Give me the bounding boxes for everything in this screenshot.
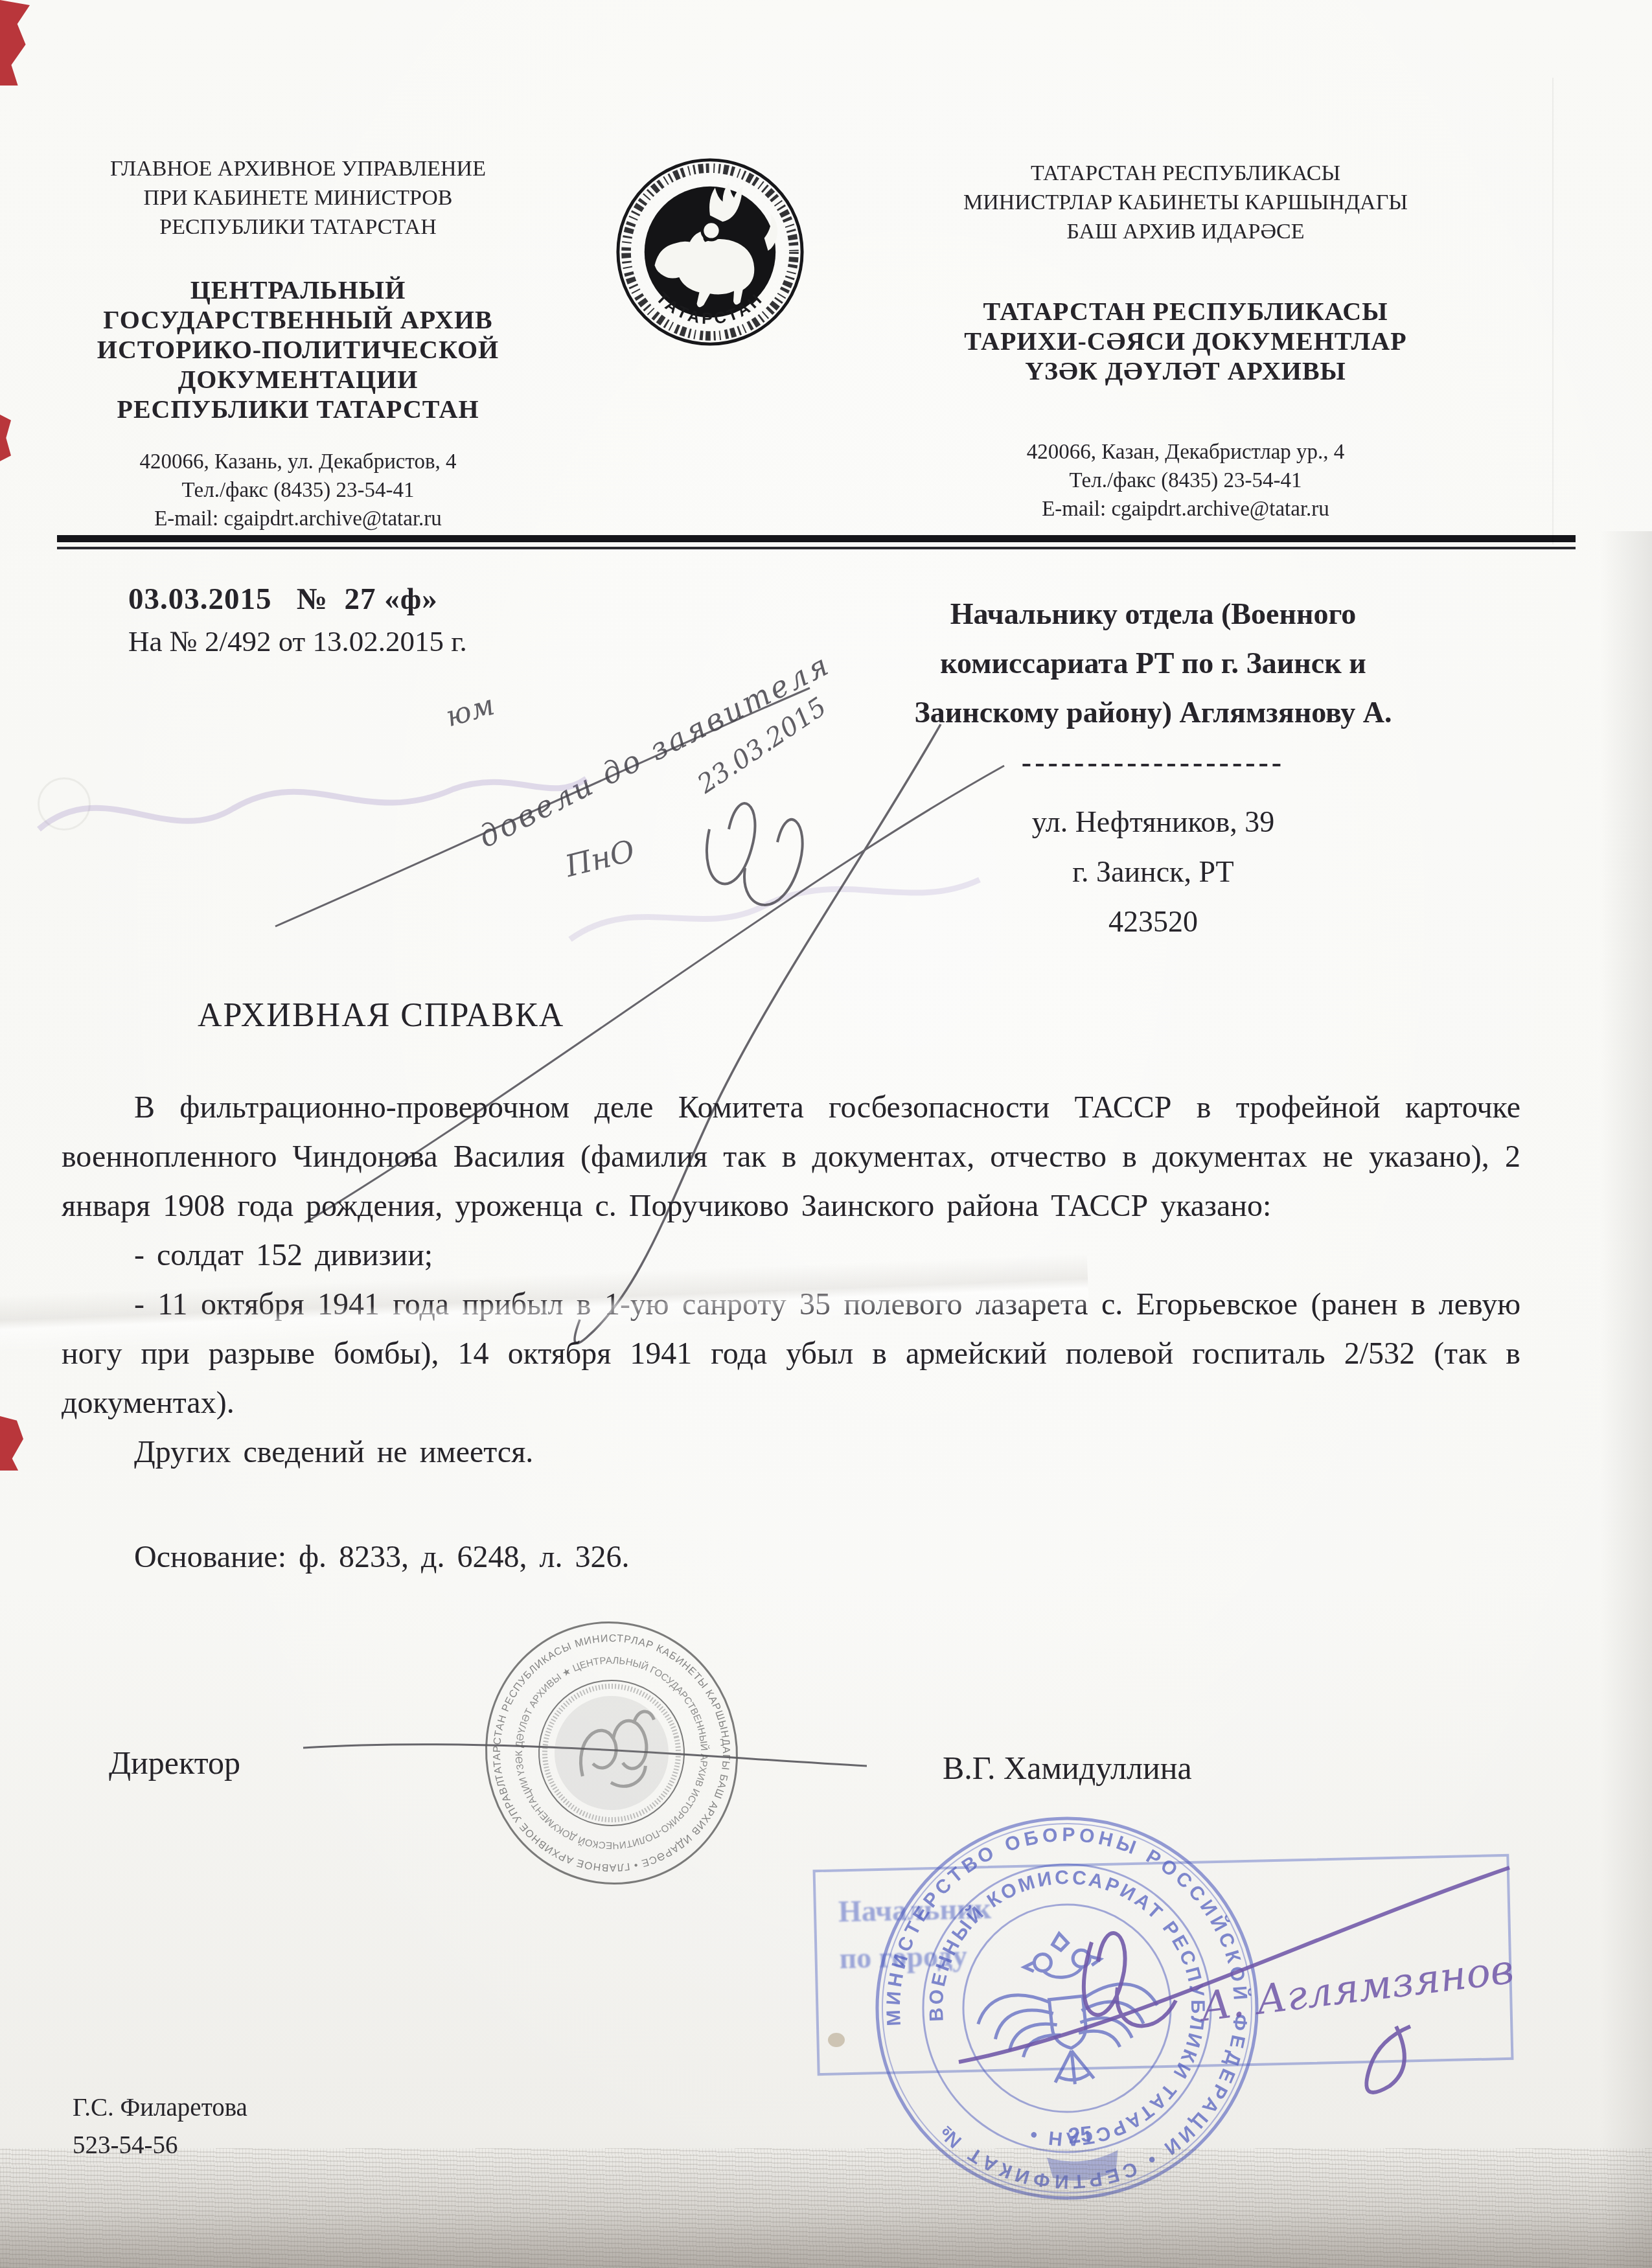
postal-address-tatar: 420066, Казан, Декабристлар ур., 4 xyxy=(920,438,1451,466)
addressee-line: комиссариата РТ по г. Заинск и xyxy=(842,639,1464,688)
email-tatar: E-mail: cgaipdrt.archive@tatar.ru xyxy=(920,495,1451,523)
addressee-zip: 423520 xyxy=(842,897,1464,946)
letterhead-right: ТАТАРСТАН РЕСПУБЛИКАСЫ МИНИСТРЛАР КАБИНЕ… xyxy=(920,159,1451,523)
outgoing-number: 03.03.2015 № 27 «ф» xyxy=(128,582,467,617)
archive-seal-icon: ТАТАРСТАН РЕСПУБЛИКАСЫ МИНИСТРЛАР КАБИНЕ… xyxy=(481,1618,743,1890)
org-name-line: ГЛАВНОЕ АРХИВНОЕ УПРАВЛЕНИЕ xyxy=(65,154,531,183)
signatory-name: В.Г. Хамидуллина xyxy=(943,1749,1192,1787)
handwritten-initials: ПнО xyxy=(562,833,638,884)
ink-bleed-through xyxy=(39,779,980,939)
red-ink-mark-top xyxy=(0,0,30,86)
body-paragraph: Других сведений не имеется. xyxy=(62,1428,1520,1477)
letterhead-divider xyxy=(57,535,1576,549)
org-name-line-tatar: БАШ АРХИВ ИДАРӘСЕ xyxy=(920,217,1451,246)
org-name-line: РЕСПУБЛИКИ ТАТАРСТАН xyxy=(65,212,531,242)
org-name-line-tatar: ТАТАРСТАН РЕСПУБЛИКАСЫ xyxy=(920,159,1451,188)
red-ink-mark-left xyxy=(0,415,11,461)
document-title: АРХИВНАЯ СПРАВКА xyxy=(198,996,564,1035)
archive-name-line-tatar: ТАТАРСТАН РЕСПУБЛИКАСЫ xyxy=(920,297,1451,326)
scan-noise-band xyxy=(0,2148,1652,2268)
org-name-line: ПРИ КАБИНЕТЕ МИНИСТРОВ xyxy=(65,183,531,212)
stamp-ring-text-inner: ВОЕННЫЙ КОМИССАРИАТ РЕСПУБЛИКИ ТАТАРСТАН… xyxy=(912,1853,1222,2164)
executor-name: Г.С. Филаретова xyxy=(73,2089,247,2127)
body-paragraph: В фильтрационно-проверочном деле Комитет… xyxy=(62,1083,1520,1231)
hole-punch-mark xyxy=(38,777,91,830)
tatarstan-emblem-icon: ТАТАРСТАН xyxy=(615,157,805,347)
archive-name-line: ЦЕНТРАЛЬНЫЙ xyxy=(65,275,531,305)
addressee-street: ул. Нефтяников, 39 xyxy=(842,797,1464,847)
stamp-number: 25 xyxy=(1067,2122,1094,2149)
basis-line: Основание: ф. 8233, д. 6248, л. 326. xyxy=(62,1533,1520,1582)
addressee-separator: -------------------- xyxy=(842,746,1464,779)
scanned-document-page: ГЛАВНОЕ АРХИВНОЕ УПРАВЛЕНИЕ ПРИ КАБИНЕТЕ… xyxy=(0,0,1652,2268)
scan-edge-shadow xyxy=(1600,531,1652,2268)
addressee-line: Заинскому району) Аглямзянову А. xyxy=(842,688,1464,737)
org-name-line-tatar: МИНИСТРЛАР КАБИНЕТЫ КАРШЫНДАГЫ xyxy=(920,188,1451,217)
addressee-line: Начальнику отдела (Военного xyxy=(842,590,1464,639)
reference-block: 03.03.2015 № 27 «ф» На № 2/492 от 13.02.… xyxy=(128,582,467,658)
email: E-mail: cgaipdrt.archive@tatar.ru xyxy=(65,505,531,533)
svg-text:ВОЕННЫЙ КОМИССАРИАТ РЕСПУБЛИКИ: ВОЕННЫЙ КОМИССАРИАТ РЕСПУБЛИКИ ТАТАРСТАН… xyxy=(912,1853,1222,2164)
phone-fax: Тел./факс (8435) 23-54-41 xyxy=(65,476,531,505)
archive-name-line: ГОСУДАРСТВЕННЫЙ АРХИВ xyxy=(65,305,531,335)
phone-fax-tatar: Тел./факс (8435) 23-54-41 xyxy=(920,466,1451,495)
paper-fold-line xyxy=(1552,78,1554,544)
red-ink-mark-margin xyxy=(0,1416,23,1471)
incoming-reference: На № 2/492 от 13.02.2015 г. xyxy=(128,624,467,658)
letterhead-left: ГЛАВНОЕ АРХИВНОЕ УПРАВЛЕНИЕ ПРИ КАБИНЕТЕ… xyxy=(65,154,531,533)
addressee-block: Начальнику отдела (Военного комиссариата… xyxy=(842,590,1464,946)
archive-name-line: ДОКУМЕНТАЦИИ xyxy=(65,365,531,395)
signatory-role: Директор xyxy=(109,1744,240,1781)
archive-name-line: ИСТОРИКО-ПОЛИТИЧЕСКОЙ xyxy=(65,335,531,365)
addressee-city: г. Заинск, РТ xyxy=(842,847,1464,897)
archive-name-line-tatar: ТАРИХИ-СӘЯСИ ДОКУМЕНТЛАР xyxy=(920,326,1451,356)
handwritten-note: юм xyxy=(442,689,498,734)
archive-name-line: РЕСПУБЛИКИ ТАТАРСТАН xyxy=(65,395,531,424)
double-headed-eagle-icon xyxy=(970,1924,1165,2094)
archive-name-line-tatar: ҮЗӘК ДӘҮЛӘТ АРХИВЫ xyxy=(920,356,1451,386)
postal-address: 420066, Казань, ул. Декабристов, 4 xyxy=(65,448,531,476)
